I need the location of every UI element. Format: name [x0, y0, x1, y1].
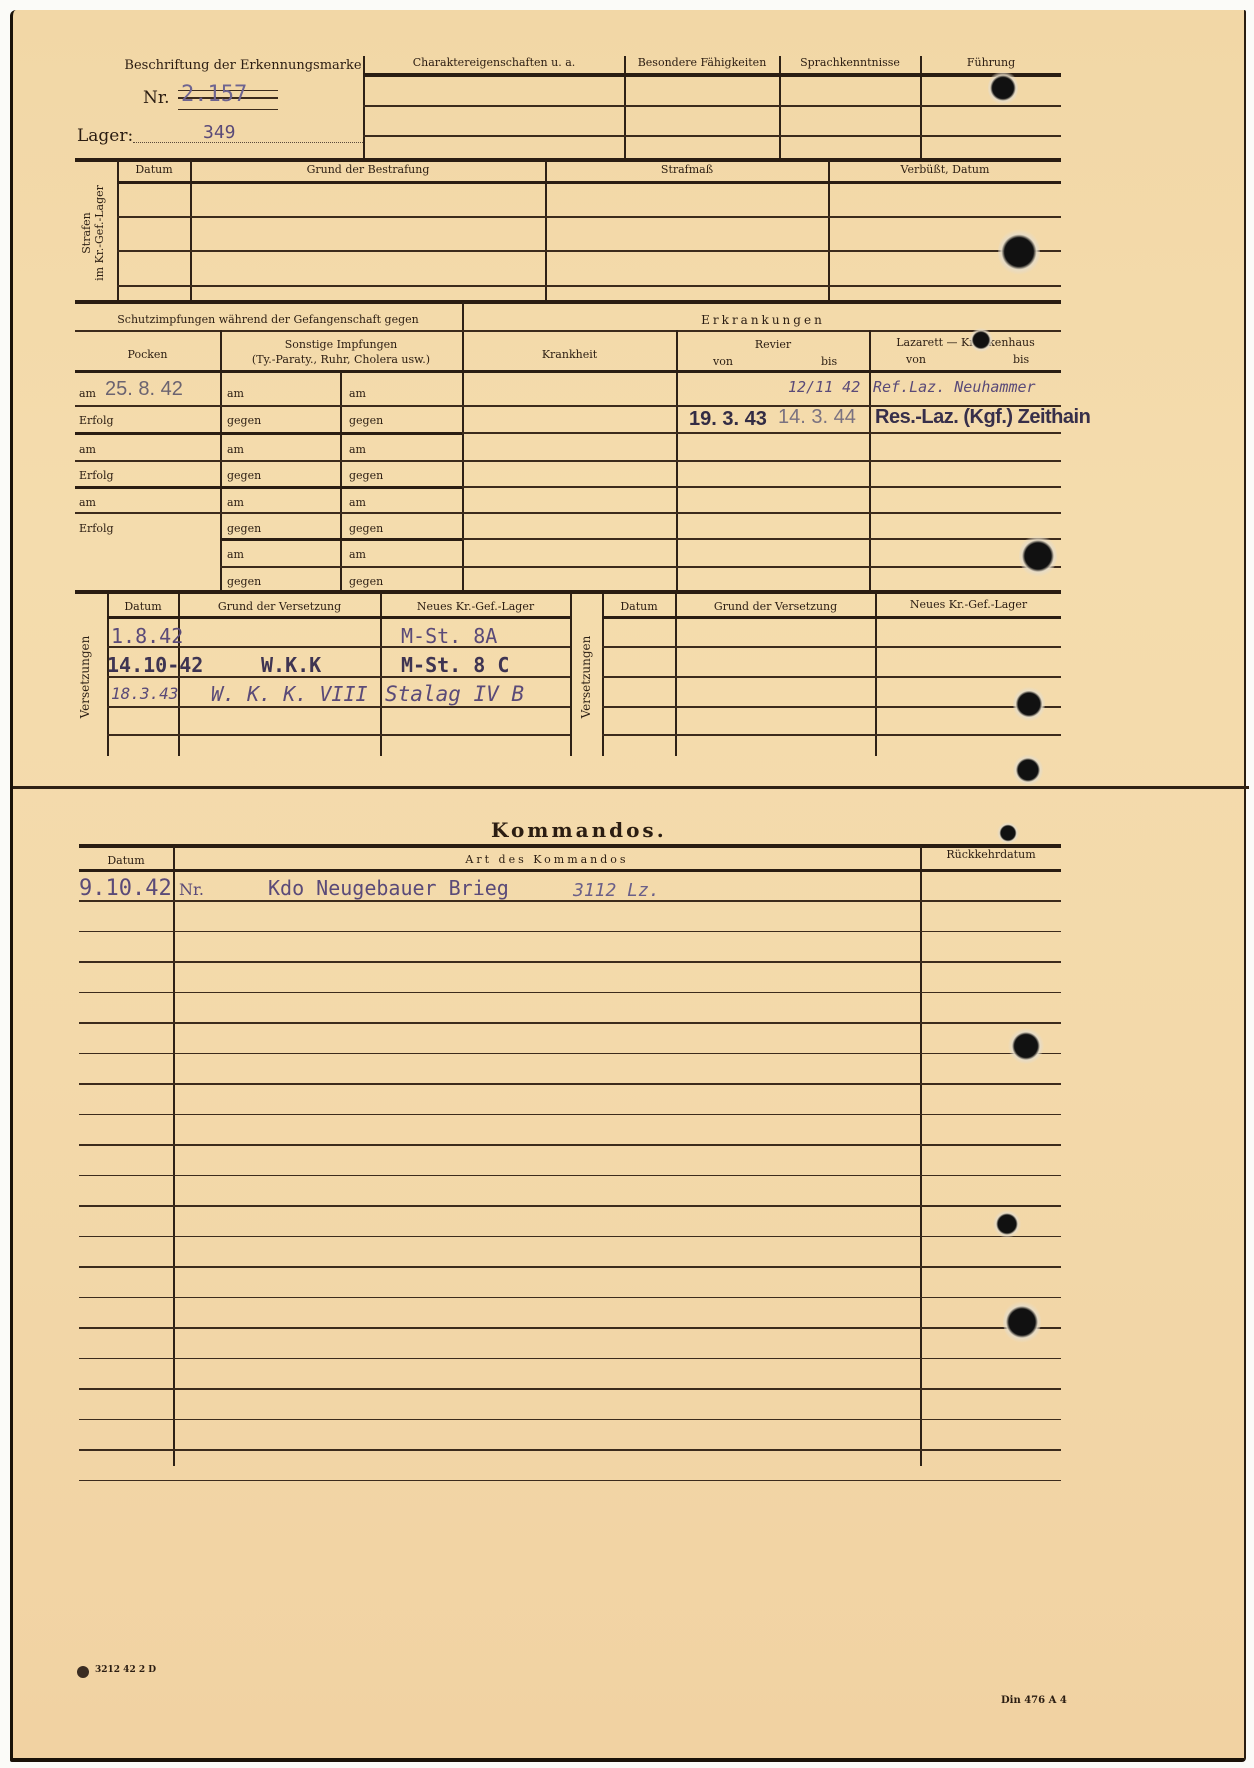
versetzung-3-lager: Stalag IV B: [385, 682, 524, 706]
versetzung-col-grund: Grund der Versetzung: [179, 600, 380, 613]
strafen-header-rule: [117, 181, 1061, 184]
pocken-am-1: am: [79, 387, 96, 400]
erkrankungen-title: Erkrankungen: [463, 313, 1063, 327]
row-rule: [462, 486, 1061, 488]
pocken-erfolg-2: Erfolg: [79, 469, 114, 482]
strafen-side-label: Strafen im Kr.-Gef.-Lager: [80, 173, 106, 293]
kommandos-row-rule: [79, 900, 1061, 902]
versetzung-right-col-datum: Datum: [603, 600, 675, 613]
divider: [462, 302, 464, 592]
row-rule: [602, 706, 1061, 708]
divider: [920, 56, 922, 160]
header-rule: [363, 73, 1061, 77]
kommandos-row-rule: [79, 1236, 1061, 1238]
versetzung-1-datum: 1.8.42: [111, 624, 183, 648]
divider: [570, 594, 572, 756]
row-rule: [75, 405, 462, 407]
sonstige-gegen: gegen: [349, 414, 383, 427]
versetzung-2-datum: 14.10-42: [107, 653, 203, 677]
kommando-1-datum: 9.10.42: [79, 876, 172, 901]
kommandos-row-rule: [79, 1175, 1061, 1177]
pocken-erfolg-3: Erfolg: [79, 522, 114, 535]
section-rule: [75, 590, 1061, 594]
sonstige-gegen: gegen: [349, 575, 383, 588]
row-rule: [462, 432, 1061, 434]
row-rule: [602, 734, 1061, 736]
kommandos-header-rule: [79, 869, 1061, 872]
row-rule: [75, 432, 462, 435]
nr-value: 2.157: [181, 82, 247, 107]
kommandos-row-rule: [79, 1083, 1061, 1085]
row-rule: [107, 616, 570, 619]
sonstige-am: am: [349, 548, 366, 561]
kommandos-row-rule: [79, 1419, 1061, 1421]
sonstige-label-2: (Ty.-Paraty., Ruhr, Cholera usw.): [221, 353, 461, 366]
punch-hole: [1013, 754, 1043, 786]
strafen-col-datum: Datum: [118, 163, 190, 176]
row-rule: [462, 538, 1061, 540]
sonstige-am: am: [227, 496, 244, 509]
col-sprachkenntnisse: Sprachkenntnisse: [780, 56, 920, 69]
punch-hole: [998, 228, 1040, 276]
pocken-date-1: 25. 8. 42: [105, 378, 183, 401]
divider: [624, 56, 626, 160]
sonstige-label-1: Sonstige Impfungen: [221, 338, 461, 351]
col-faehigkeiten: Besondere Fähigkeiten: [625, 56, 779, 69]
document-page: Beschriftung der Erkennungsmarke Nr. 2.1…: [10, 10, 1246, 1762]
section-rule: [75, 300, 1061, 304]
versetzung-3-grund: W. K. K. VIII: [211, 682, 368, 706]
row-rule: [462, 460, 1061, 462]
kommandos-row-rule: [79, 1449, 1061, 1451]
sonstige-am: am: [349, 443, 366, 456]
kommando-1-nr-label: Nr.: [179, 880, 204, 899]
kommandos-row-rule: [79, 961, 1061, 963]
versetzungen-side-label-left: Versetzungen: [78, 627, 92, 727]
kommandos-row-rule: [79, 1053, 1061, 1055]
revier-von: von: [713, 355, 733, 368]
punch-hole: [1019, 534, 1057, 578]
kommandos-row-rule: [79, 1388, 1061, 1390]
revier-bis: bis: [821, 355, 837, 368]
row-rule: [117, 285, 1061, 287]
versetzung-col-lager: Neues Kr.-Gef.-Lager: [381, 600, 570, 613]
versetzung-right-col-grund: Grund der Versetzung: [676, 600, 875, 613]
sonstige-am: am: [227, 548, 244, 561]
row-rule: [117, 250, 1061, 252]
din-label: Din 476 A 4: [1001, 1695, 1067, 1706]
versetzung-3-datum: 18.3.43: [111, 684, 178, 703]
row-rule: [107, 734, 570, 736]
versetzung-2-lager: M-St. 8 C: [401, 653, 509, 677]
fold-line: [13, 786, 1249, 789]
sonstige-gegen: gegen: [227, 414, 261, 427]
header-rule: [363, 105, 1061, 107]
revier-label: Revier: [677, 338, 869, 351]
kommandos-row-rule: [79, 992, 1061, 994]
pocken-erfolg-1: Erfolg: [79, 414, 114, 427]
col-fuehrung: Führung: [921, 56, 1061, 69]
kommandos-row-rule: [79, 1297, 1061, 1299]
versetzung-1-lager: M-St. 8A: [401, 624, 497, 648]
sonstige-gegen: gegen: [227, 575, 261, 588]
punch-hole: [969, 328, 993, 352]
kommandos-row-rule: [79, 1266, 1061, 1268]
punch-hole: [993, 1210, 1021, 1238]
row-rule: [75, 370, 462, 373]
lazarett-von: von: [906, 353, 926, 366]
row-rule: [462, 512, 1061, 514]
krankheit-label: Krankheit: [463, 348, 676, 361]
punch-hole: [988, 70, 1018, 106]
divider: [363, 56, 365, 160]
strafen-col-grund: Grund der Bestrafung: [191, 163, 545, 176]
header-rule: [363, 135, 1061, 137]
kommandos-row-rule: [79, 931, 1061, 933]
erkennungsmarke-title: Beschriftung der Erkennungsmarke: [108, 58, 378, 73]
section-rule: [75, 158, 1061, 162]
row-rule: [75, 486, 462, 489]
impfungen-title: Schutzimpfungen während der Gefangenscha…: [75, 313, 461, 326]
kommandos-row-rule: [79, 1327, 1061, 1329]
row-rule: [220, 566, 462, 568]
kommandos-row-rule: [79, 1480, 1061, 1482]
kommandos-top-rule: [79, 844, 1061, 848]
sonstige-am: am: [227, 387, 244, 400]
kommandos-row-rule: [79, 1358, 1061, 1360]
col-charakter: Charaktereigenschaften u. a.: [365, 56, 623, 69]
kommandos-col-rueckkehr: Rückkehrdatum: [921, 848, 1061, 861]
erkrankung-1-revier-bis: 12/11 42: [788, 378, 860, 396]
lager-value: 349: [203, 122, 236, 143]
row-rule: [117, 216, 1061, 218]
lager-label: Lager:: [77, 126, 133, 146]
row-rule: [462, 566, 1061, 568]
sonstige-am: am: [349, 496, 366, 509]
versetzung-col-datum: Datum: [108, 600, 178, 613]
sonstige-am: am: [227, 443, 244, 456]
kommandos-col-datum: Datum: [79, 854, 173, 867]
pocken-am-3: am: [79, 496, 96, 509]
punch-hole: [1008, 1028, 1044, 1064]
strafen-col-verbuesst: Verbüßt, Datum: [829, 163, 1061, 176]
lazarett-label: Lazarett — Krankenhaus: [870, 336, 1061, 349]
divider: [920, 846, 922, 1466]
punch-hole: [1013, 686, 1045, 722]
print-code: 3212 42 2 D: [95, 1665, 156, 1675]
kommando-1-art: Kdo Neugebauer Brieg: [268, 876, 509, 900]
kommandos-row-rule: [79, 1144, 1061, 1146]
versetzungen-side-label-right: Versetzungen: [579, 627, 593, 727]
erkrankung-2-revier-bis: 14. 3. 44: [778, 406, 856, 429]
kommando-1-note: 3112 Lz.: [573, 880, 660, 901]
lazarett-bis: bis: [1013, 353, 1029, 366]
kommandos-row-rule: [79, 1114, 1061, 1116]
strafen-col-strafmass: Strafmaß: [546, 163, 828, 176]
pocken-am-2: am: [79, 443, 96, 456]
sonstige-gegen: gegen: [349, 469, 383, 482]
versetzung-right-col-lager: Neues Kr.-Gef.-Lager: [876, 598, 1061, 611]
sonstige-gegen: gegen: [227, 522, 261, 535]
divider: [779, 56, 781, 160]
sonstige-am: am: [349, 387, 366, 400]
kommandos-title: Kommandos.: [491, 818, 667, 842]
row-rule: [602, 646, 1061, 648]
kommandos-col-art: Art des Kommandos: [174, 853, 920, 866]
nr-label: Nr.: [143, 88, 170, 108]
erkrankung-2-lazarett: Res.-Laz. (Kgf.) Zeithain: [875, 406, 1090, 429]
erkrankung-1-lazarett: Ref.Laz. Neuhammer: [873, 378, 1036, 396]
sonstige-gegen: gegen: [227, 469, 261, 482]
pocken-label: Pocken: [75, 348, 220, 361]
erkrankung-2-revier-von: 19. 3. 43: [689, 408, 767, 431]
punch-hole: [997, 822, 1019, 844]
row-rule: [602, 676, 1061, 678]
row-rule: [75, 460, 462, 462]
punch-hole: [1003, 1300, 1041, 1344]
row-rule: [602, 616, 1061, 619]
divider: [173, 846, 175, 1466]
kommandos-row-rule: [79, 1022, 1061, 1024]
kommandos-row-rule: [79, 1205, 1061, 1207]
row-rule: [75, 512, 462, 514]
row-rule: [107, 706, 570, 708]
printer-mark-icon: [77, 1666, 89, 1678]
row-rule: [75, 330, 462, 332]
row-rule: [462, 370, 1061, 373]
lager-field-line: [133, 142, 365, 143]
versetzung-2-grund: W.K.K: [261, 653, 321, 677]
sonstige-gegen: gegen: [349, 522, 383, 535]
row-rule: [220, 538, 462, 541]
